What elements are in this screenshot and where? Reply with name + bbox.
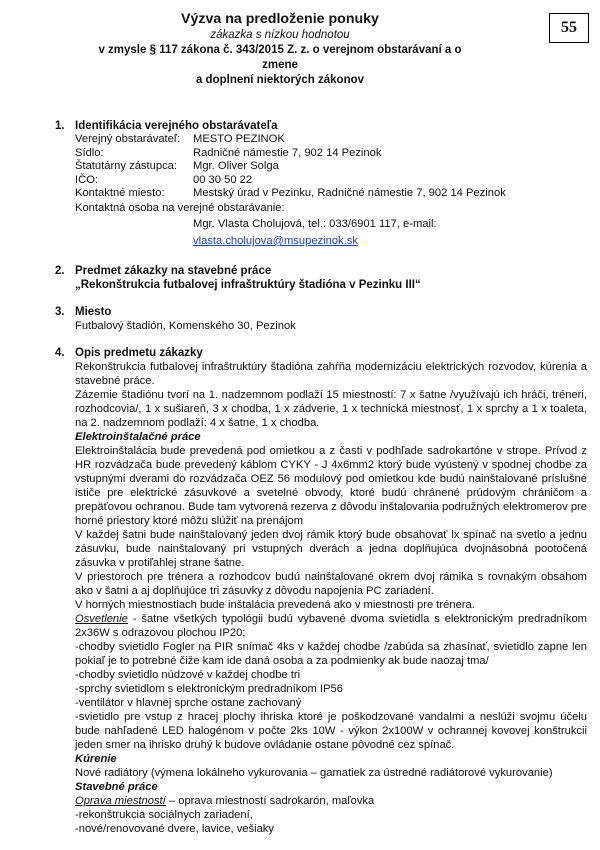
- row-contact-place: Kontaktné miesto:Mestský úrad v Pezinku,…: [75, 187, 587, 201]
- law-reference-line2: a doplnení niektorých zákonov: [80, 73, 480, 88]
- section-title: Identifikácia verejného obstarávateľa: [75, 119, 587, 133]
- section-4: 4. Opis predmetu zákazky Rekonštrukcia f…: [55, 346, 587, 836]
- lighting-bullet: -svietidlo pre vstup z hracej plochy ihr…: [75, 710, 587, 752]
- section-2: 2. Predmet zákazky na stavebné práce „Re…: [55, 264, 587, 292]
- rooms-paragraph: Zázemie štadiónu tvorí na 1. nadzemnom p…: [75, 388, 587, 430]
- section-title: Predmet zákazky na stavebné práce: [75, 264, 587, 278]
- section-number: 2.: [55, 264, 65, 278]
- page-number-box: 55: [549, 13, 589, 43]
- section-number: 1.: [55, 119, 65, 133]
- row-representative: Štatutárny zástupca:Mgr. Oliver Solga: [75, 160, 587, 174]
- lighting-label: Osvetlenie: [75, 613, 128, 625]
- lighting-bullet: -chodby svietidlo núdzové v každej chodb…: [75, 668, 587, 682]
- electrical-paragraph-4: V horných miestnostiach bude inštalácia …: [75, 598, 587, 612]
- contract-subject: „Rekonštrukcia futbalovej infraštruktúry…: [75, 278, 587, 292]
- section-title: Opis predmetu zákazky: [75, 346, 587, 360]
- construction-heading: Stavebné práce: [75, 780, 587, 794]
- electrical-heading: Elektroinštalačné práce: [75, 430, 587, 444]
- section-title: Miesto: [75, 305, 587, 319]
- electrical-paragraph-3: V priestoroch pre trénera a rozhodcov bu…: [75, 570, 587, 598]
- document-title: Výzva na predloženie ponuky: [80, 10, 480, 28]
- intro-paragraph: Rekonštrukcia futbalovej infraštruktúry …: [75, 360, 587, 388]
- construction-bullet: -nové/renovované dvere, lavice, vešiaky: [75, 822, 587, 836]
- electrical-paragraph-2: V každej šatni bude nainštalovaný jeden …: [75, 528, 587, 570]
- contact-person-value: Mgr. Vlasta Cholujová, tel.: 033/6901 11…: [75, 217, 587, 231]
- section-3: 3. Miesto Futbalový štadión, Komenského …: [55, 305, 587, 333]
- row-ico: IČO:00 30 50 22: [75, 174, 587, 188]
- section-1: 1. Identifikácia verejného obstarávateľa…: [55, 119, 587, 248]
- section-number: 4.: [55, 346, 65, 360]
- lighting-paragraph: Osvetlenie - šatne všetkých typológii bu…: [75, 612, 587, 640]
- electrical-paragraph-1: Elektroinštalácia bude prevedená pod omi…: [75, 444, 587, 528]
- lighting-bullet: -ventilátor v hlavnej sprche ostane zach…: [75, 696, 587, 710]
- heating-text: Nové radiátory (výmena lokálneho vykurov…: [75, 766, 587, 780]
- row-seat: Sídlo:Radničné námestie 7, 902 14 Pezino…: [75, 147, 587, 161]
- lighting-bullet: -chodby svietidlo Fogler na PIR snímač 4…: [75, 640, 587, 668]
- law-reference-line1: v zmysle § 117 zákona č. 343/2015 Z. z. …: [80, 43, 480, 73]
- contact-person-label: Kontaktná osoba na verejné obstarávanie:: [75, 201, 587, 215]
- document-header: Výzva na predloženie ponuky zákazka s ní…: [80, 10, 480, 88]
- heating-heading: Kúrenie: [75, 752, 587, 766]
- place-text: Futbalový štadión, Komenského 30, Pezino…: [75, 319, 587, 333]
- construction-bullet: -rekonštrukcia sociálnych zariadení,: [75, 808, 587, 822]
- document-subtitle: zákazka s nízkou hodnotou: [80, 28, 480, 43]
- row-procurer: Verejný obstarávateľ:MESTO PEZINOK: [75, 133, 587, 147]
- room-repair-label: Oprava miestností: [75, 795, 166, 807]
- lighting-bullet: -sprchy svietidlom s elektronickým predr…: [75, 682, 587, 696]
- section-number: 3.: [55, 305, 65, 319]
- room-repair-paragraph: Oprava miestností – oprava miestností sa…: [75, 794, 587, 808]
- contact-email-link[interactable]: vlasta.cholujova@msupezinok.sk: [193, 235, 358, 247]
